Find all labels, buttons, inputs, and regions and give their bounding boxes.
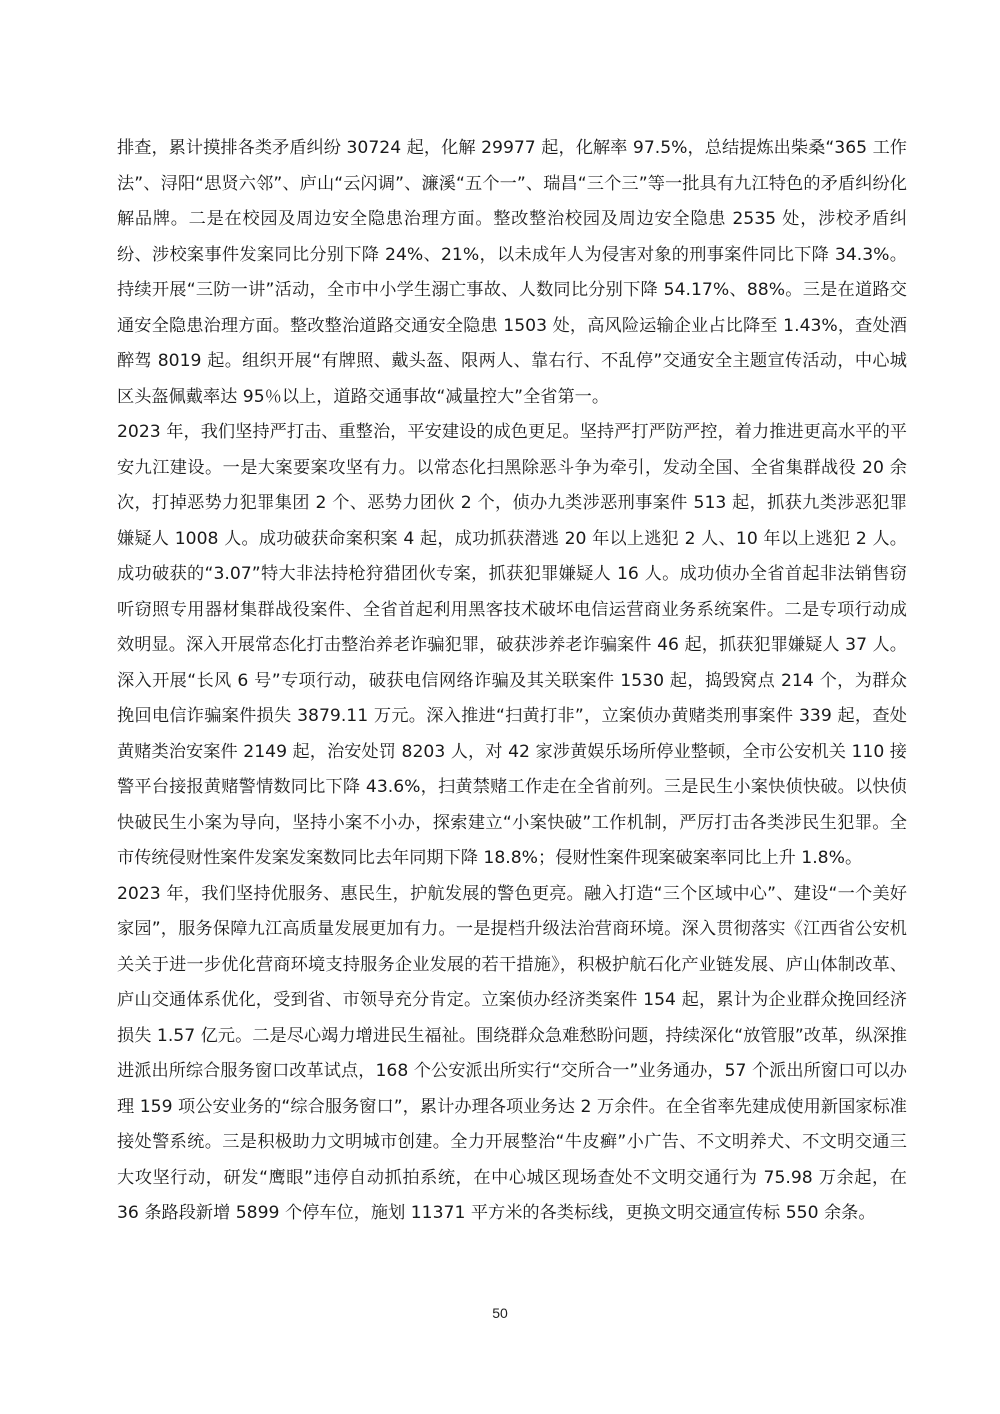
body-text: 排查，累计摸排各类矛盾纠纷 30724 起，化解 29977 起，化解率 97.… [117,131,907,1232]
paragraph-conflict-resolution: 排查，累计摸排各类矛盾纠纷 30724 起，化解 29977 起，化解率 97.… [117,131,907,415]
document-page: 排查，累计摸排各类矛盾纠纷 30724 起，化解 29977 起，化解率 97.… [0,0,1000,1414]
paragraph-services: 2023 年，我们坚持优服务、惠民生，护航发展的警色更亮。融入打造“三个区域中心… [117,877,907,1232]
page-number: 50 [0,1305,1000,1321]
paragraph-crackdown: 2023 年，我们坚持严打击、重整治，平安建设的成色更足。坚持严打严防严控，着力… [117,415,907,877]
